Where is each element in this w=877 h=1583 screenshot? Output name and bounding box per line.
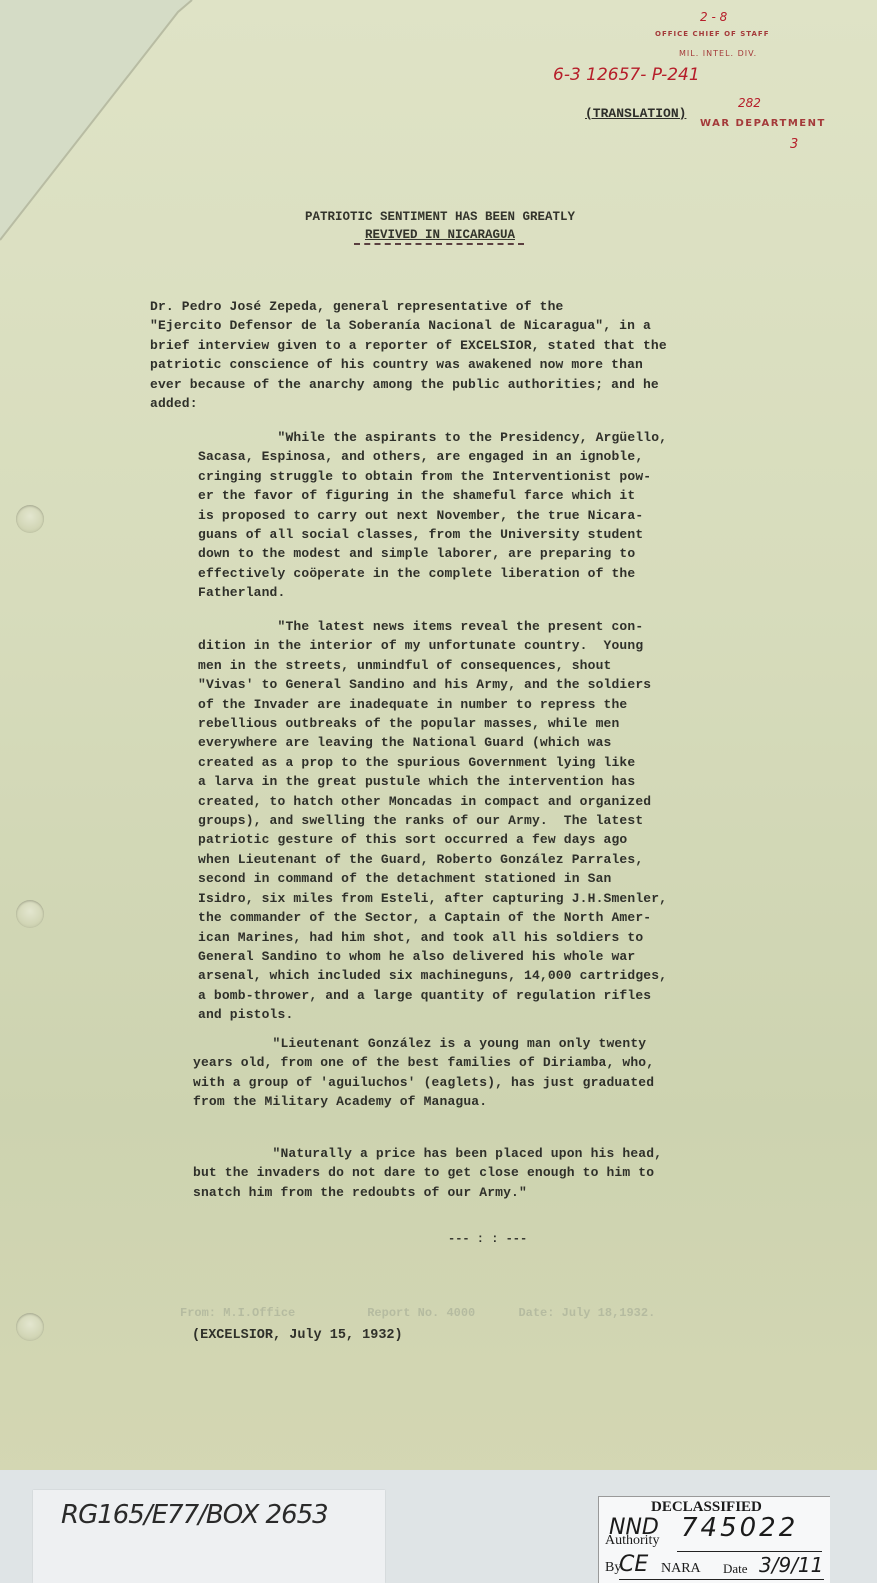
date-rule bbox=[619, 1579, 824, 1580]
handwritten-sub-number: 282 bbox=[738, 96, 761, 110]
paragraph-intro: Dr. Pedro José Zepeda, general represent… bbox=[150, 297, 667, 413]
title-line-1: PATRIOTIC SENTIMENT HAS BEEN GREATLY bbox=[240, 208, 640, 226]
paragraph-quote-3: "Lieutenant González is a young man only… bbox=[193, 1034, 654, 1112]
paragraph-quote-2: "The latest news items reveal the presen… bbox=[198, 617, 667, 1025]
authority-label: Authority bbox=[605, 1533, 659, 1549]
handwritten-top-mark: 2 - 8 bbox=[700, 10, 727, 24]
department-stamp: WAR DEPARTMENT bbox=[700, 118, 826, 129]
declassification-stamp: DECLASSIFIED NND 745022 Authority By CE … bbox=[598, 1496, 830, 1583]
authority-rule bbox=[677, 1551, 822, 1552]
agency-label: NARA bbox=[661, 1561, 701, 1577]
source-citation: (EXCELSIOR, July 15, 1932) bbox=[192, 1328, 403, 1343]
archive-label-card: RG165/E77/BOX 2653 bbox=[33, 1490, 385, 1583]
archive-label: RG165/E77/BOX 2653 bbox=[61, 1500, 328, 1530]
section-separator: --- : : --- bbox=[448, 1232, 527, 1246]
date-value: 3/9/11 bbox=[759, 1553, 823, 1577]
authority-number: 745022 bbox=[681, 1513, 798, 1543]
date-label: Date bbox=[723, 1561, 748, 1577]
bleed-through-text: From: M.I.Office Report No. 4000 Date: J… bbox=[180, 1306, 655, 1320]
document-page: 2 - 8 OFFICE CHIEF OF STAFF MIL. INTEL. … bbox=[0, 0, 877, 1490]
punch-hole bbox=[16, 900, 44, 928]
division-stamp: MIL. INTEL. DIV. bbox=[679, 49, 757, 58]
title-underline-rule bbox=[354, 243, 524, 245]
paragraph-quote-4: "Naturally a price has been placed upon … bbox=[193, 1144, 662, 1202]
article-title: PATRIOTIC SENTIMENT HAS BEEN GREATLY REV… bbox=[240, 208, 640, 244]
handwritten-page-mark: 3 bbox=[790, 137, 798, 152]
punch-hole bbox=[16, 1313, 44, 1341]
by-initials: CE bbox=[619, 1552, 648, 1577]
office-stamp: OFFICE CHIEF OF STAFF bbox=[655, 30, 770, 38]
translation-label: (TRANSLATION) bbox=[585, 106, 686, 121]
handwritten-file-number: 6-3 12657- P-241 bbox=[553, 65, 700, 85]
punch-hole bbox=[16, 505, 44, 533]
paragraph-quote-1: "While the aspirants to the Presidency, … bbox=[198, 428, 667, 603]
title-line-2: REVIVED IN NICARAGUA bbox=[240, 226, 640, 244]
